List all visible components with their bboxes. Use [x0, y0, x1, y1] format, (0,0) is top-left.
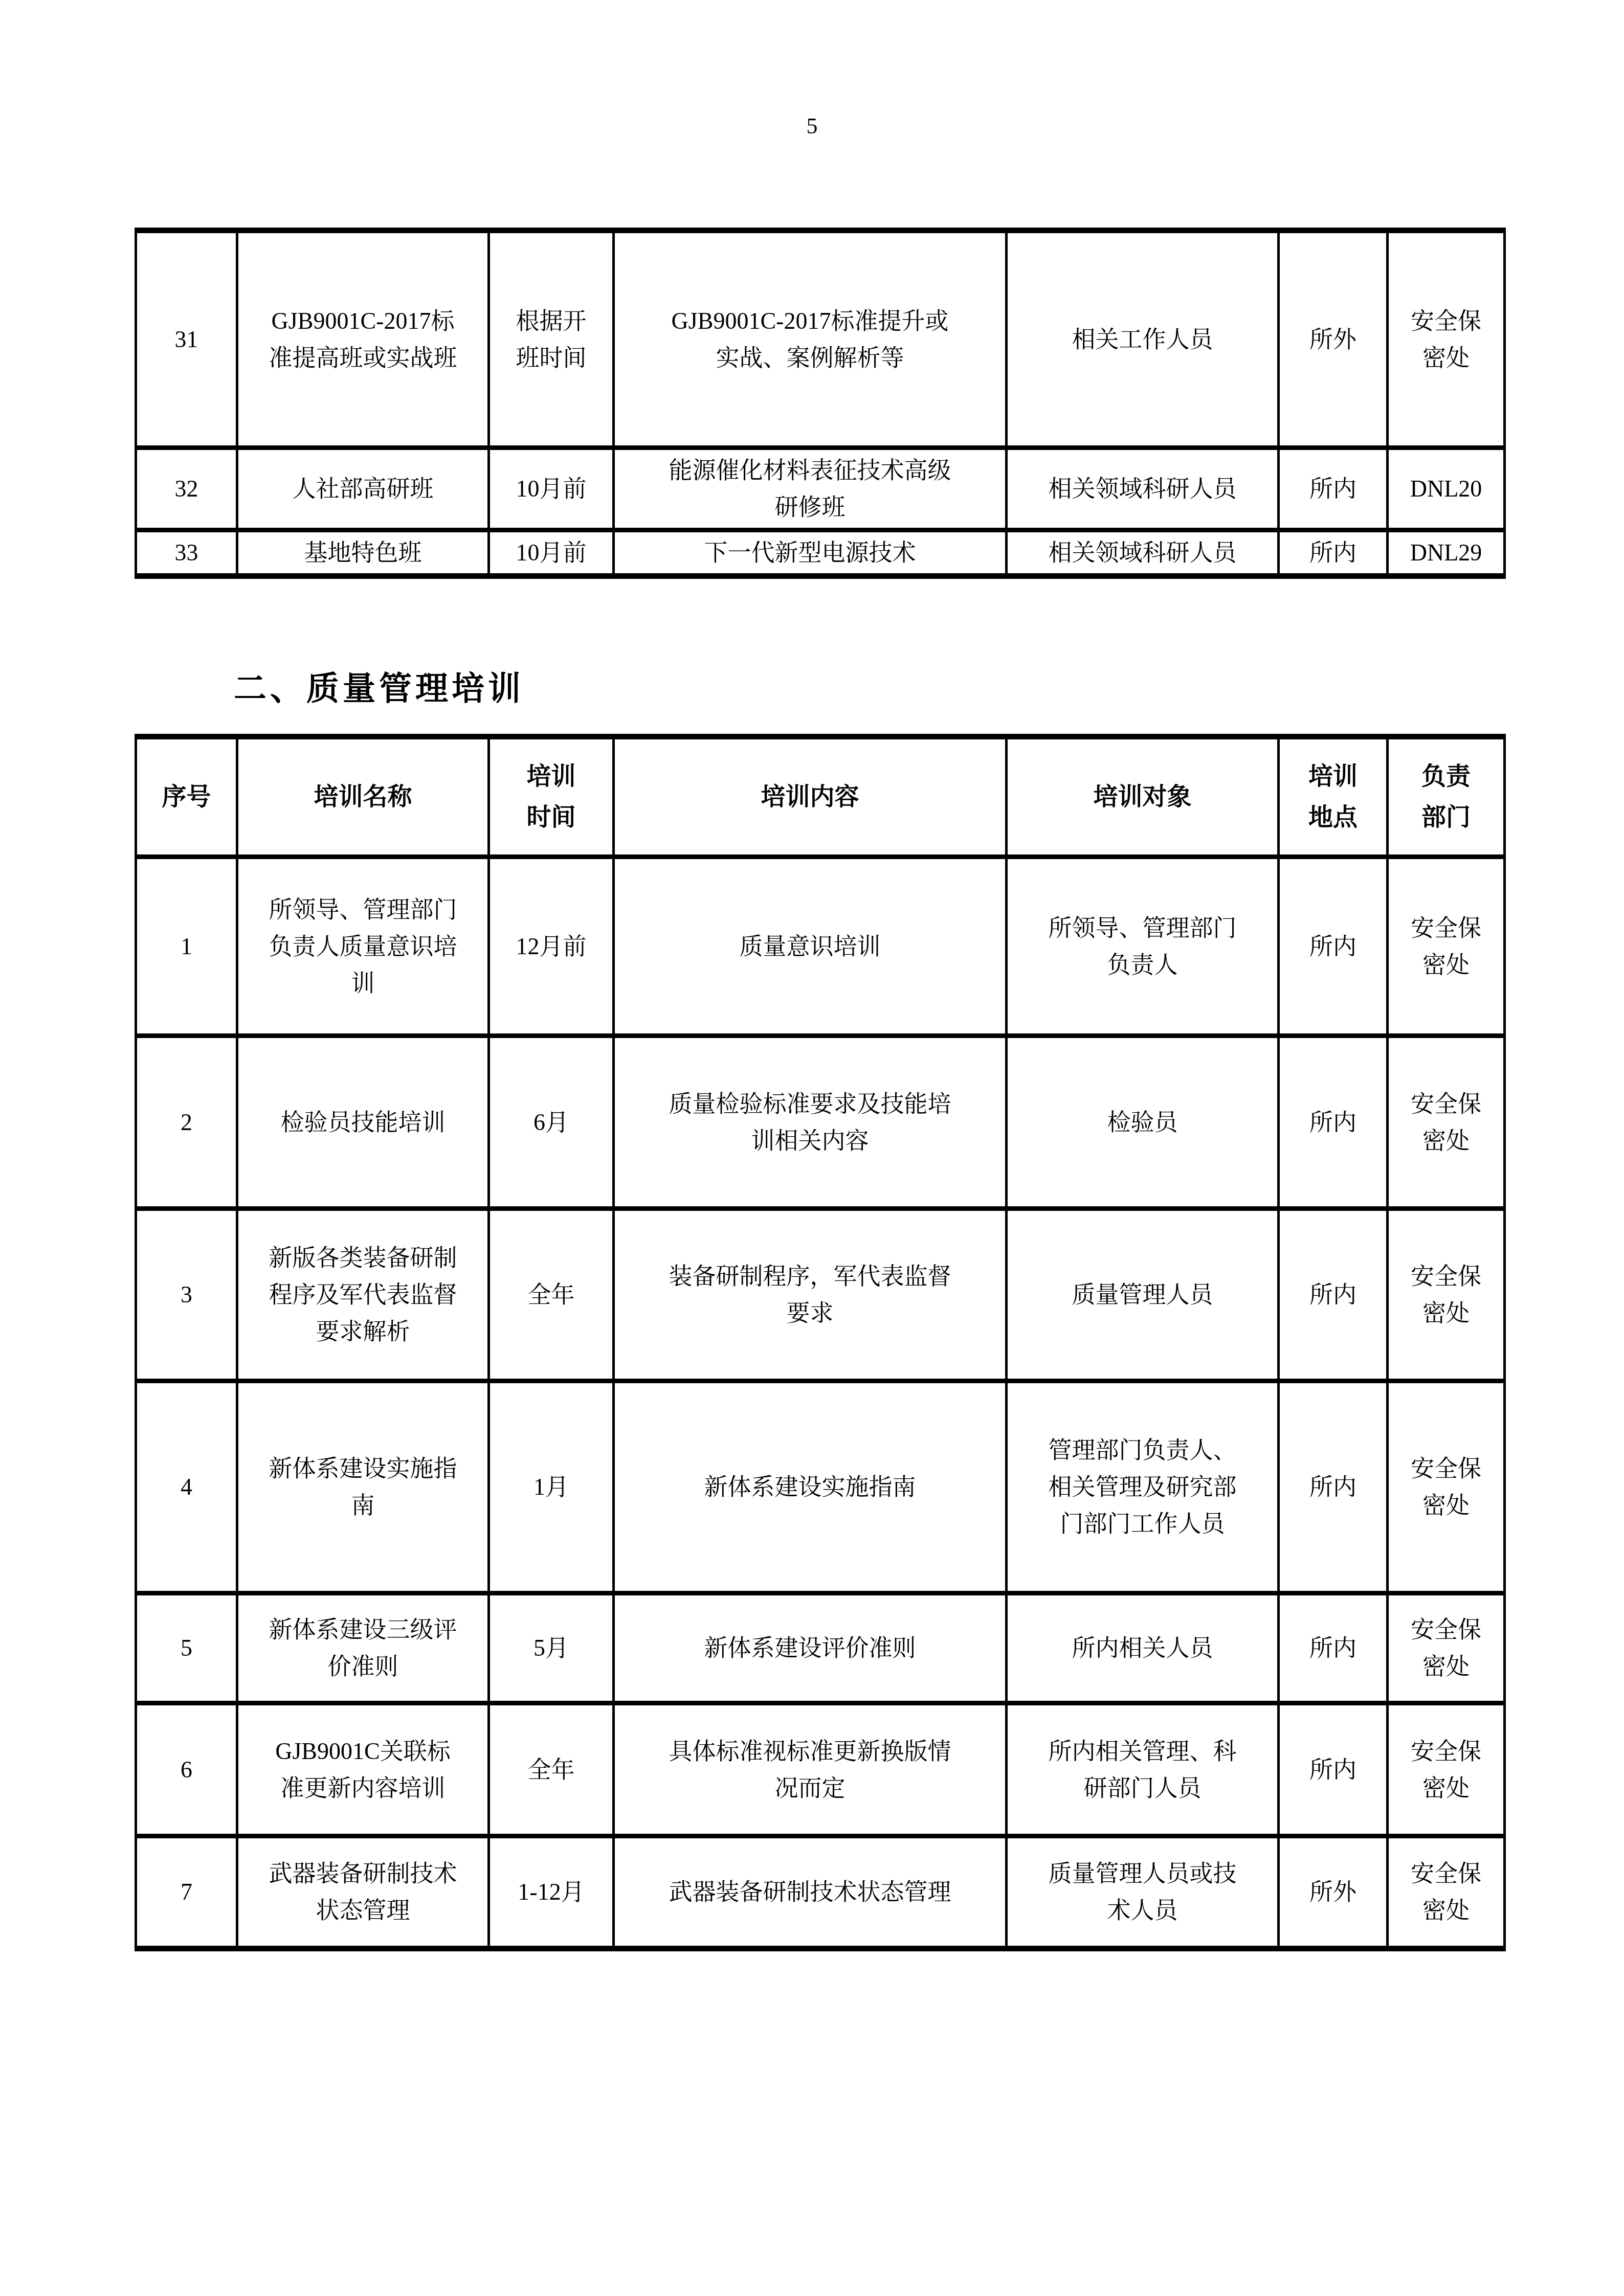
cell-responsible-dept: 安全保密处: [1388, 1381, 1505, 1593]
cell-training-audience: 质量管理人员: [1007, 1209, 1279, 1381]
page-number: 5: [0, 111, 1624, 141]
cell-responsible-dept: 安全保密处: [1388, 1593, 1505, 1703]
cell-training-content: 质量意识培训: [614, 857, 1007, 1036]
cell-training-name: 新版各类装备研制程序及军代表监督要求解析: [237, 1209, 489, 1381]
col-header-serial-no: 序号: [136, 737, 237, 857]
cell-serial-no: 6: [136, 1703, 237, 1836]
cell-training-location: 所内: [1279, 1593, 1388, 1703]
cell-training-location: 所内: [1279, 857, 1388, 1036]
cell-training-time: 1月: [489, 1381, 614, 1593]
cell-training-name: 新体系建设三级评价准则: [237, 1593, 489, 1703]
cell-training-audience: 相关领域科研人员: [1007, 530, 1279, 576]
cell-training-location: 所内: [1279, 530, 1388, 576]
cell-training-content: 装备研制程序，军代表监督要求: [614, 1209, 1007, 1381]
cell-training-time: 1-12月: [489, 1836, 614, 1949]
cell-training-audience: 相关工作人员: [1007, 231, 1279, 448]
table-row: 3新版各类装备研制程序及军代表监督要求解析全年装备研制程序，军代表监督要求质量管…: [136, 1209, 1505, 1381]
table-body: 1所领导、管理部门负责人质量意识培训12月前质量意识培训所领导、管理部门负责人所…: [136, 857, 1505, 1949]
table-row: 1所领导、管理部门负责人质量意识培训12月前质量意识培训所领导、管理部门负责人所…: [136, 857, 1505, 1036]
cell-training-name: 人社部高研班: [237, 448, 489, 530]
table-header: 序号 培训名称 培训时间 培训内容 培训对象 培训地点 负责部门: [136, 737, 1505, 857]
cell-training-audience: 所内相关人员: [1007, 1593, 1279, 1703]
cell-responsible-dept: DNL20: [1388, 448, 1505, 530]
cell-training-content: 质量检验标准要求及技能培训相关内容: [614, 1036, 1007, 1209]
cell-training-time: 5月: [489, 1593, 614, 1703]
cell-responsible-dept: 安全保密处: [1388, 1703, 1505, 1836]
cell-training-name: 基地特色班: [237, 530, 489, 576]
cell-training-content: 下一代新型电源技术: [614, 530, 1007, 576]
cell-serial-no: 7: [136, 1836, 237, 1949]
col-header-training-time: 培训时间: [489, 737, 614, 857]
table-header-row: 序号 培训名称 培训时间 培训内容 培训对象 培训地点 负责部门: [136, 737, 1505, 857]
cell-training-location: 所内: [1279, 1381, 1388, 1593]
cell-serial-no: 33: [136, 530, 237, 576]
col-header-training-audience: 培训对象: [1007, 737, 1279, 857]
cell-training-content: 能源催化材料表征技术高级研修班: [614, 448, 1007, 530]
cell-training-time: 全年: [489, 1209, 614, 1381]
table-row: 32人社部高研班10月前能源催化材料表征技术高级研修班相关领域科研人员所内DNL…: [136, 448, 1505, 530]
cell-responsible-dept: DNL29: [1388, 530, 1505, 576]
cell-training-audience: 相关领域科研人员: [1007, 448, 1279, 530]
cell-training-time: 根据开班时间: [489, 231, 614, 448]
cell-serial-no: 1: [136, 857, 237, 1036]
cell-training-location: 所内: [1279, 1036, 1388, 1209]
cell-responsible-dept: 安全保密处: [1388, 1036, 1505, 1209]
cell-serial-no: 31: [136, 231, 237, 448]
cell-training-location: 所外: [1279, 231, 1388, 448]
table-row: 7武器装备研制技术状态管理1-12月武器装备研制技术状态管理质量管理人员或技术人…: [136, 1836, 1505, 1949]
cell-training-location: 所外: [1279, 1836, 1388, 1949]
cell-training-audience: 管理部门负责人、相关管理及研究部门部门工作人员: [1007, 1381, 1279, 1593]
cell-training-time: 10月前: [489, 448, 614, 530]
cell-training-content: GJB9001C-2017标准提升或实战、案例解析等: [614, 231, 1007, 448]
cell-responsible-dept: 安全保密处: [1388, 231, 1505, 448]
cell-training-location: 所内: [1279, 1703, 1388, 1836]
cell-training-content: 新体系建设实施指南: [614, 1381, 1007, 1593]
cell-serial-no: 5: [136, 1593, 237, 1703]
cell-training-content: 武器装备研制技术状态管理: [614, 1836, 1007, 1949]
table-row: 5新体系建设三级评价准则5月新体系建设评价准则所内相关人员所内安全保密处: [136, 1593, 1505, 1703]
section-heading: 二、质量管理培训: [234, 669, 524, 709]
cell-training-location: 所内: [1279, 448, 1388, 530]
cell-training-time: 12月前: [489, 857, 614, 1036]
table-body: 31GJB9001C-2017标准提高班或实战班根据开班时间GJB9001C-2…: [136, 231, 1505, 576]
cell-training-time: 6月: [489, 1036, 614, 1209]
cell-training-name: 新体系建设实施指南: [237, 1381, 489, 1593]
cell-training-time: 全年: [489, 1703, 614, 1836]
document-page: 5 31GJB9001C-2017标准提高班或实战班根据开班时间GJB9001C…: [0, 0, 1624, 2296]
cell-responsible-dept: 安全保密处: [1388, 1209, 1505, 1381]
cell-training-name: GJB9001C关联标准更新内容培训: [237, 1703, 489, 1836]
cell-serial-no: 3: [136, 1209, 237, 1381]
col-header-training-name: 培训名称: [237, 737, 489, 857]
cell-training-name: GJB9001C-2017标准提高班或实战班: [237, 231, 489, 448]
col-header-responsible-dept: 负责部门: [1388, 737, 1505, 857]
cell-training-audience: 所领导、管理部门负责人: [1007, 857, 1279, 1036]
table-row: 31GJB9001C-2017标准提高班或实战班根据开班时间GJB9001C-2…: [136, 231, 1505, 448]
training-table-continued: 31GJB9001C-2017标准提高班或实战班根据开班时间GJB9001C-2…: [135, 228, 1506, 579]
table-row: 33基地特色班10月前下一代新型电源技术相关领域科研人员所内DNL29: [136, 530, 1505, 576]
col-header-training-location: 培训地点: [1279, 737, 1388, 857]
cell-serial-no: 4: [136, 1381, 237, 1593]
cell-training-time: 10月前: [489, 530, 614, 576]
quality-management-training-table: 序号 培训名称 培训时间 培训内容 培训对象 培训地点 负责部门 1所领导、管理…: [135, 734, 1506, 1951]
table-row: 6GJB9001C关联标准更新内容培训全年具体标准视标准更新换版情况而定所内相关…: [136, 1703, 1505, 1836]
cell-training-name: 检验员技能培训: [237, 1036, 489, 1209]
cell-responsible-dept: 安全保密处: [1388, 857, 1505, 1036]
cell-training-audience: 质量管理人员或技术人员: [1007, 1836, 1279, 1949]
cell-training-location: 所内: [1279, 1209, 1388, 1381]
table-row: 4新体系建设实施指南1月新体系建设实施指南管理部门负责人、相关管理及研究部门部门…: [136, 1381, 1505, 1593]
cell-serial-no: 32: [136, 448, 237, 530]
cell-training-audience: 所内相关管理、科研部门人员: [1007, 1703, 1279, 1836]
cell-training-name: 武器装备研制技术状态管理: [237, 1836, 489, 1949]
col-header-training-content: 培训内容: [614, 737, 1007, 857]
cell-serial-no: 2: [136, 1036, 237, 1209]
cell-training-content: 新体系建设评价准则: [614, 1593, 1007, 1703]
cell-training-content: 具体标准视标准更新换版情况而定: [614, 1703, 1007, 1836]
cell-responsible-dept: 安全保密处: [1388, 1836, 1505, 1949]
cell-training-audience: 检验员: [1007, 1036, 1279, 1209]
table-row: 2检验员技能培训6月质量检验标准要求及技能培训相关内容检验员所内安全保密处: [136, 1036, 1505, 1209]
cell-training-name: 所领导、管理部门负责人质量意识培训: [237, 857, 489, 1036]
